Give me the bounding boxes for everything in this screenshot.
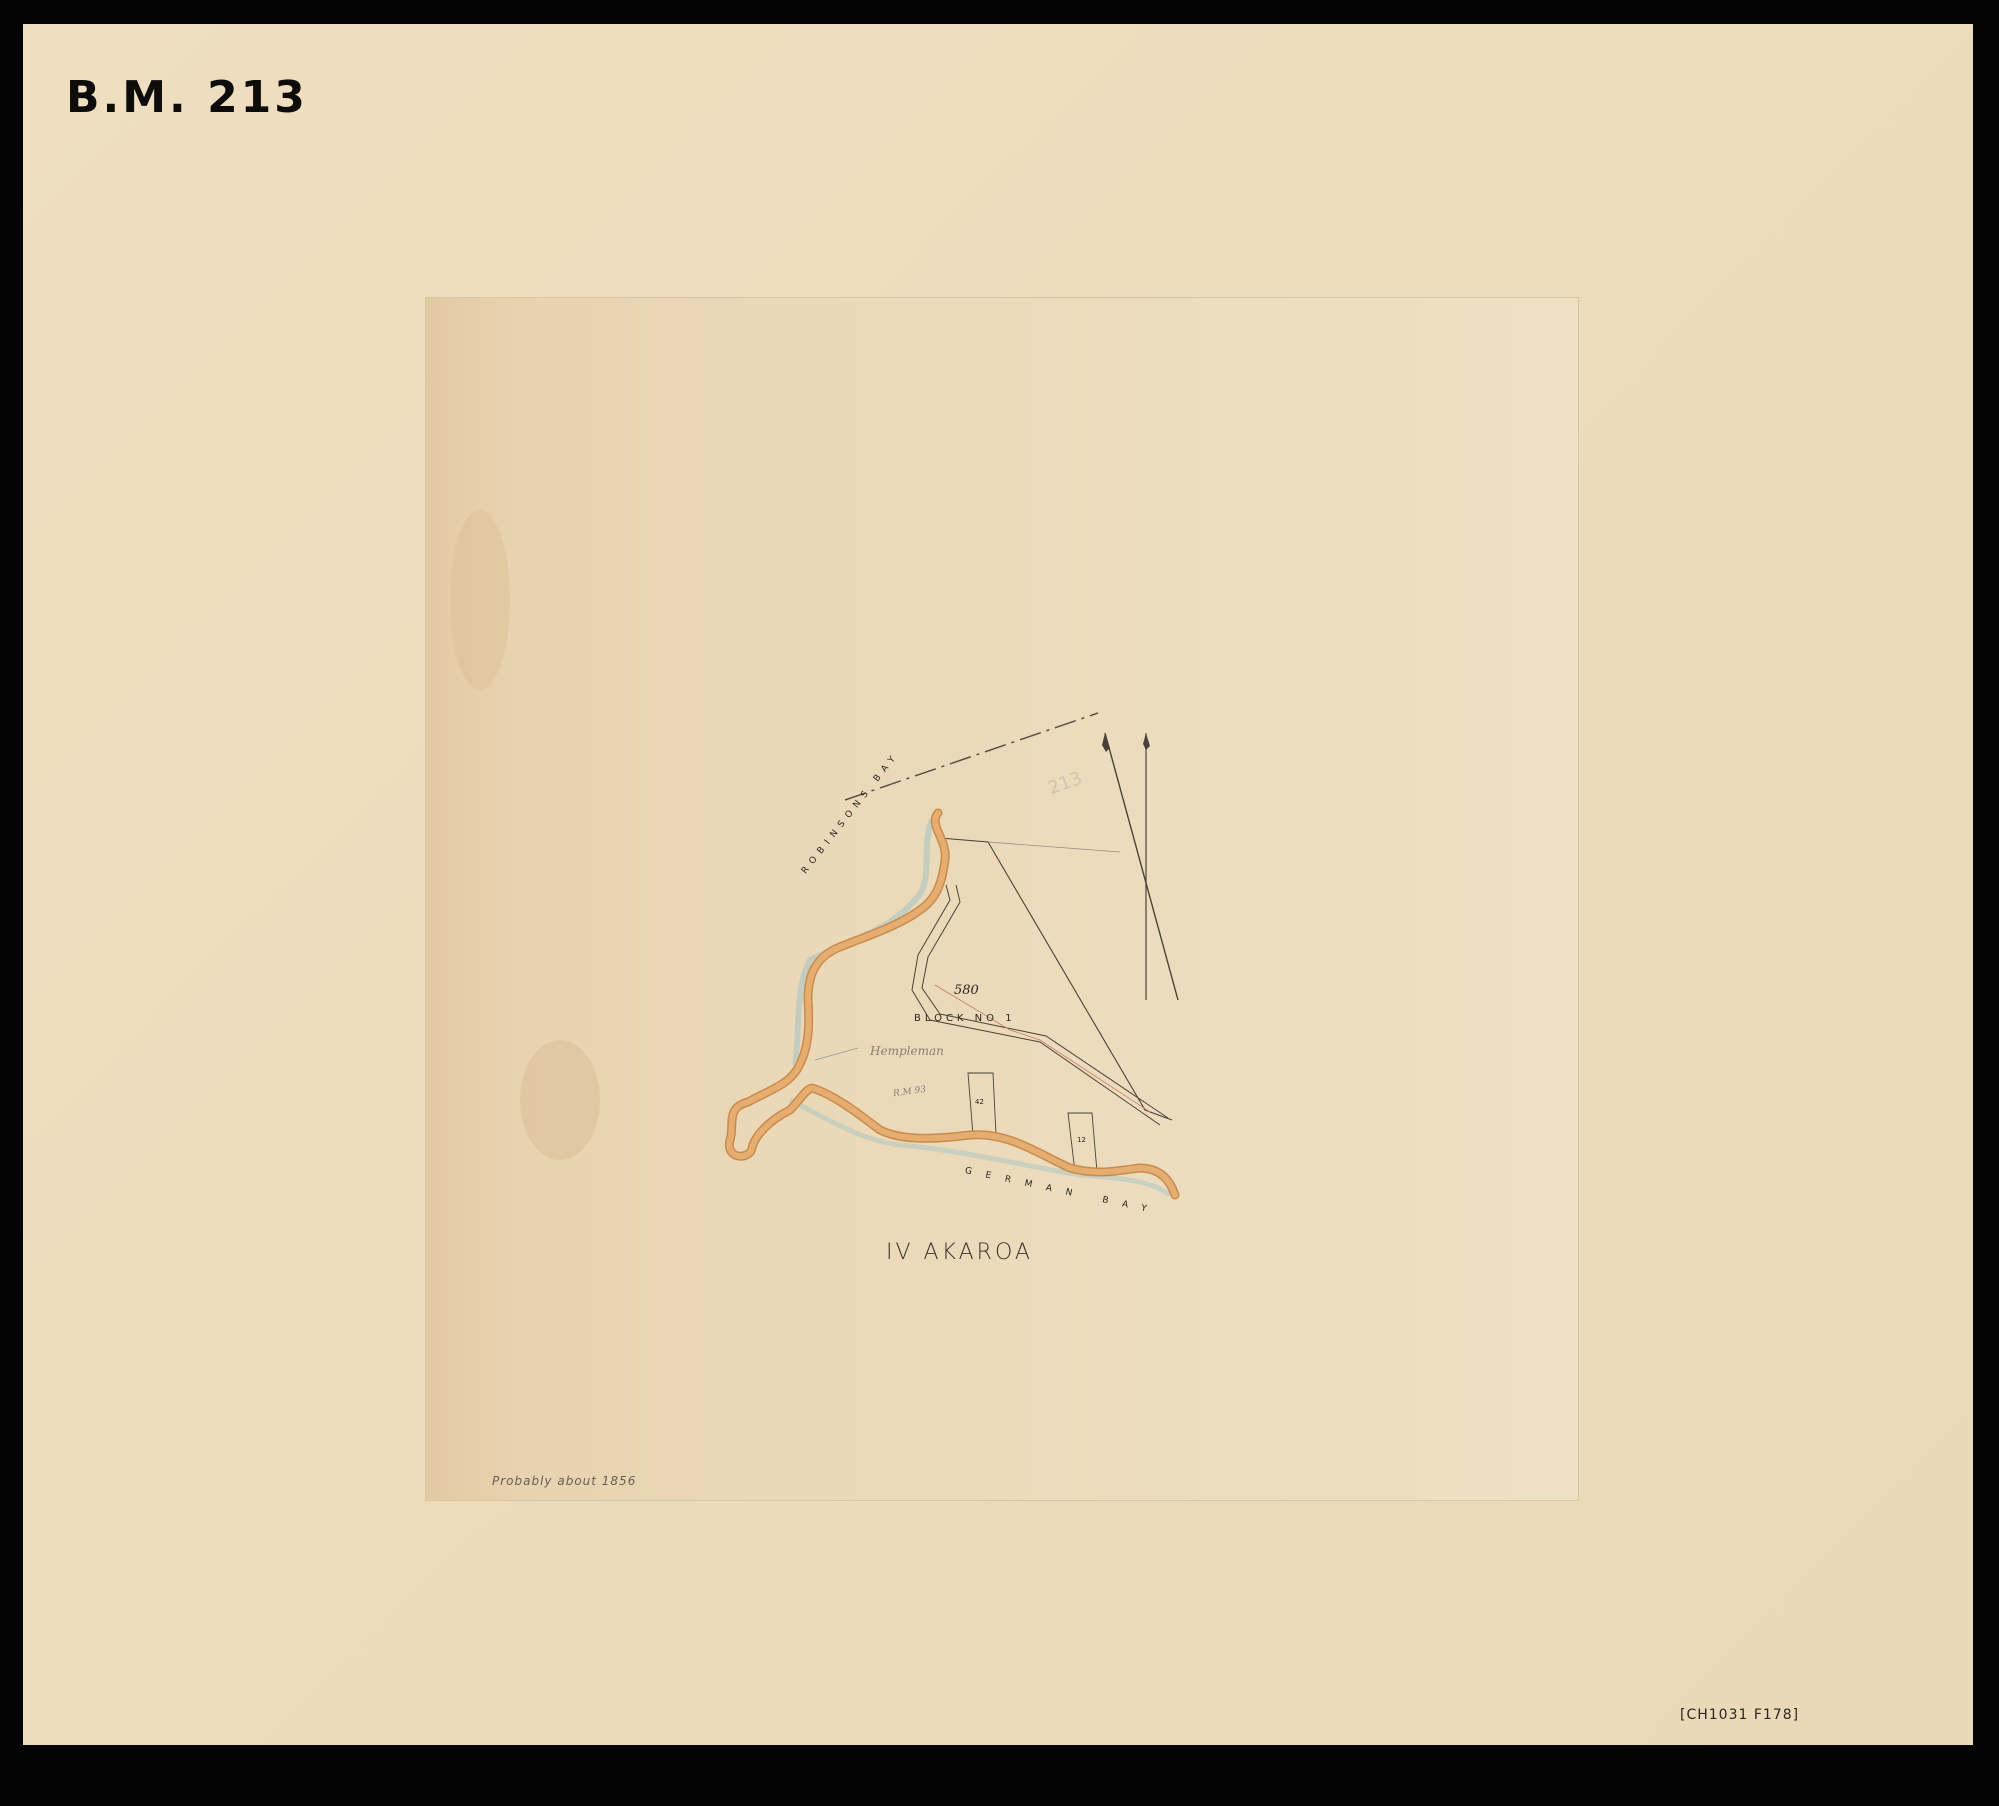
lot-12-label: 12 [1077, 1136, 1086, 1144]
owner-label: Hempleman [870, 1044, 944, 1058]
map-title: IV AKAROA [886, 1240, 1033, 1265]
arrow-icon [1143, 733, 1150, 750]
area-label: 580 [954, 983, 979, 998]
meridian-line-1 [1105, 733, 1178, 1000]
block-label: BLOCK NO 1 [914, 1013, 1016, 1024]
lot-42-label: 42 [975, 1098, 984, 1106]
block-boundary [940, 838, 1172, 1120]
map-drawing [0, 0, 1999, 1806]
date-note: Probably about 1856 [492, 1474, 636, 1488]
